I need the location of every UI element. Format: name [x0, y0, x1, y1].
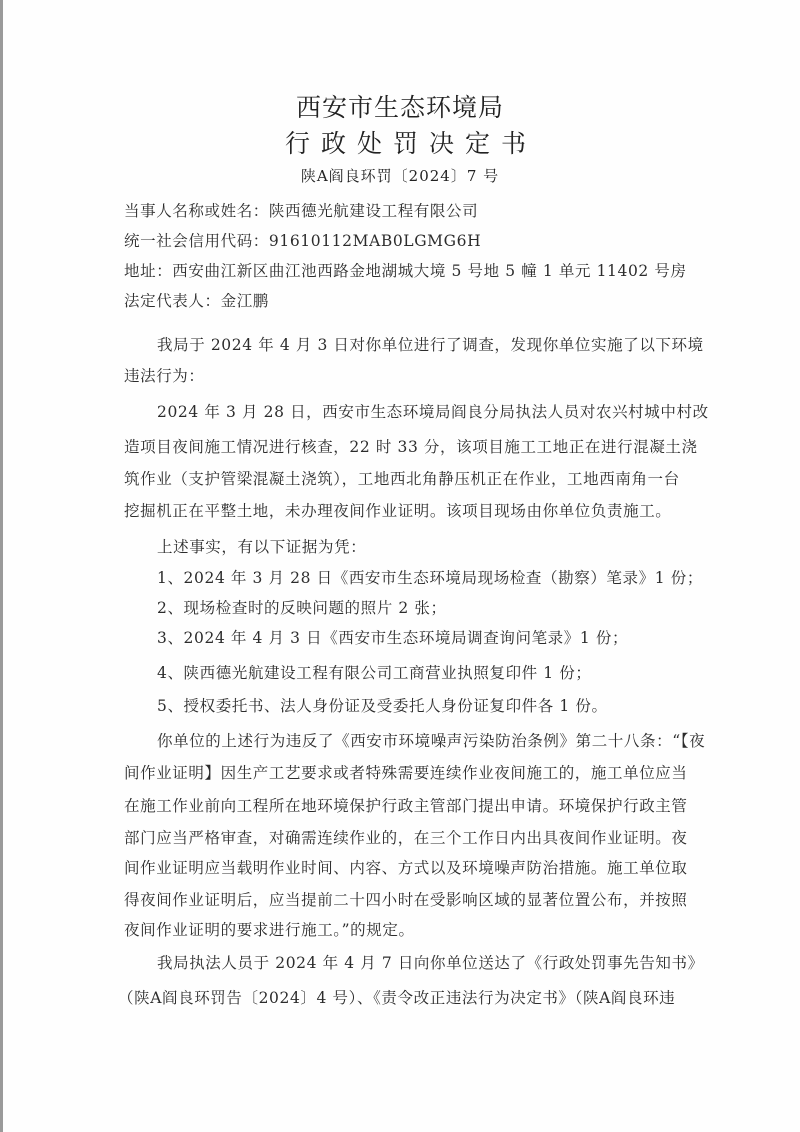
party-address: 地址：西安曲江新区曲江池西路金地湖城大境 5 号地 5 幢 1 单元 11402… [124, 261, 684, 281]
evidence-item-3: 3、2024 年 4 月 3 日《西安市生态环境局调查询问笔录》1 份； [157, 628, 717, 648]
evidence-item-2: 2、现场检查时的反映问题的照片 2 张； [157, 598, 717, 618]
evidence-item-1: 1、2024 年 3 月 28 日《西安市生态环境局现场检查（勘察）笔录》1 份… [157, 568, 717, 588]
body-paragraph-line: 夜间作业证明的要求进行施工。”的规定。 [124, 920, 684, 940]
body-paragraph-line: 造项目夜间施工情况进行核查，22 时 33 分，该项目施工工地正在进行混凝土浇 [124, 437, 684, 457]
body-paragraph-line: 我局执法人员于 2024 年 4 月 7 日向你单位送达了《行政处罚事先告知书》 [157, 953, 717, 973]
body-paragraph-line: 2024 年 3 月 28 日，西安市生态环境局阎良分局执法人员对农兴村城中村改 [157, 402, 717, 422]
body-paragraph-line: 挖掘机正在平整土地，未办理夜间作业证明。该项目现场由你单位负责施工。 [124, 501, 684, 521]
body-paragraph-line: 得夜间作业证明后，应当提前二十四小时在受影响区域的显著位置公布，并按照 [124, 890, 684, 910]
evidence-item-4: 4、陕西德光航建设工程有限公司工商营业执照复印件 1 份； [157, 663, 717, 683]
body-paragraph-line: 筑作业（支护管梁混凝土浇筑），工地西北角静压机正在作业，工地西南角一台 [124, 469, 684, 489]
body-paragraph-line: 部门应当严格审查，对确需连续作业的，在三个工作日内出具夜间作业证明。夜 [124, 828, 684, 848]
evidence-item-5: 5、授权委托书、法人身份证及受委托人身份证复印件各 1 份。 [157, 696, 717, 716]
body-paragraph-line: 违法行为： [124, 366, 684, 386]
body-paragraph-line: （陕A阎良环罚告〔2024〕4 号）、《责令改正违法行为决定书》（陕A阎良环违 [118, 988, 678, 1008]
issuing-organization-title: 西安市生态环境局 [0, 88, 800, 124]
body-paragraph-line: 间作业证明】因生产工艺要求或者特殊需要连续作业夜间施工的，施工单位应当 [124, 763, 684, 783]
document-page: 西安市生态环境局 行政处罚决定书 陕A阎良环罚〔2024〕7 号 当事人名称或姓… [0, 0, 800, 1132]
body-paragraph-line: 间作业证明应当载明作业时间、内容、方式以及环境噪声防治措施。施工单位取 [124, 858, 684, 878]
party-name: 当事人名称或姓名：陕西德光航建设工程有限公司 [124, 201, 684, 221]
body-paragraph-line: 你单位的上述行为违反了《西安市环境噪声污染防治条例》第二十八条：“【夜 [157, 731, 717, 751]
evidence-intro: 上述事实，有以下证据为凭： [157, 537, 717, 557]
legal-representative: 法定代表人：金江鹏 [124, 291, 684, 311]
body-paragraph-line: 在施工作业前向工程所在地环境保护行政主管部门提出申请。环境保护行政主管 [124, 796, 684, 816]
credit-code: 统一社会信用代码：91610112MAB0LGMG6H [124, 231, 684, 251]
body-paragraph-line: 我局于 2024 年 4 月 3 日对你单位进行了调查，发现你单位实施了以下环境 [157, 335, 717, 355]
document-number: 陕A阎良环罚〔2024〕7 号 [0, 165, 800, 186]
document-title: 行政处罚决定书 [0, 124, 800, 160]
